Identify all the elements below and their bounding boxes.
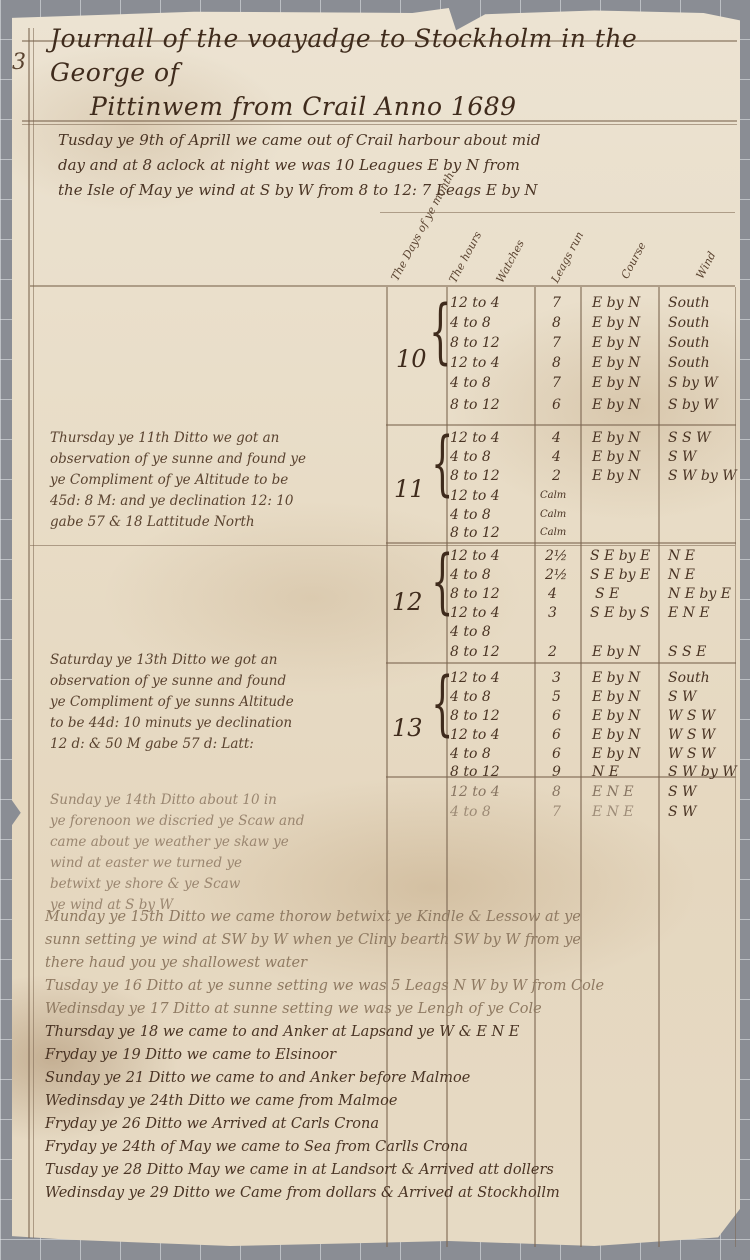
leags-cell: 7 [552,375,561,391]
hours-cell: 12 to 4 [450,548,500,564]
wind-cell: South [668,355,710,371]
course-cell: E by N [592,644,640,660]
log-line: Thursday ye 18 we came to and Anker at L… [45,1021,735,1044]
hours-cell: 8 to 12 [450,764,500,780]
note-line: ye Compliment of ye sunns Altitude [50,692,400,713]
note-line: Sunday ye 14th Ditto about 10 in [50,790,400,811]
wind-cell: S by W [668,397,718,413]
leags-cell: 8 [552,315,561,331]
leags-cell: 2 [552,468,561,484]
course-cell: S E by S [590,605,650,621]
hours-cell: 4 to 8 [450,624,491,640]
leags-cell: 4 [552,430,561,446]
title-line-2: Pittinwem from Crail Anno 1689 [50,90,730,124]
log-line: Tusday ye 28 Ditto May we came in at Lan… [45,1159,735,1182]
note-line: 45d: 8 M: and ye declination 12: 10 [50,491,400,512]
hours-cell: 4 to 8 [450,449,491,465]
course-cell: E by N [592,397,640,413]
course-cell: E by N [592,295,640,311]
margin-rule-left [28,28,30,1238]
title-rule-2 [22,124,737,125]
hours-cell: 12 to 4 [450,727,500,743]
log-line: Tusday ye 16 Ditto at ye sunne setting w… [45,975,735,998]
wind-cell: South [668,295,710,311]
log-line: sunn setting ye wind at SW by W when ye … [45,929,735,952]
log-line: Wedinsday ye 24th Ditto we came from Mal… [45,1090,735,1113]
wind-cell: South [668,315,710,331]
leags-cell: 9 [552,764,561,780]
hours-cell: 8 to 12 [450,708,500,724]
day-rule-12b [30,545,735,546]
leags-cell: 6 [552,746,561,762]
leags-cell: 2 [548,644,557,660]
hours-cell: 8 to 12 [450,397,500,413]
hours-cell: 8 to 12 [450,335,500,351]
log-line: Munday ye 15th Ditto we came thorow betw… [45,906,735,929]
course-cell: S E by E [590,548,650,564]
course-cell: E by N [592,689,640,705]
course-cell: E by N [592,449,640,465]
course-cell: E by N [592,355,640,371]
leags-cell: 3 [552,670,561,686]
leags-cell: Calm [540,527,566,538]
leags-cell: 5 [552,689,561,705]
leags-cell: Calm [540,490,566,501]
course-cell: E by N [592,335,640,351]
note-line: 12 d: & 50 M gabe 57 d: Latt: [50,734,400,755]
hours-cell: 8 to 12 [450,525,500,541]
note-line: Thursday ye 11th Ditto we got an [50,428,400,449]
brace: { [429,296,451,366]
note-line: ye Compliment of ye Altitude to be [50,470,400,491]
watch-row: 12 to 4 [450,295,500,311]
wind-cell: S W [668,689,696,705]
intro-entry: Tusday ye 9th of Aprill we came out of C… [58,128,728,203]
wind-cell: S W by W [668,764,737,780]
intro-line: the Isle of May ye wind at S by W from 8… [58,178,728,203]
hours-cell: 8 to 12 [450,586,500,602]
wind-cell: S S E [668,644,706,660]
leags-cell: 8 [552,355,561,371]
intro-line: Tusday ye 9th of Aprill we came out of C… [58,128,728,153]
course-cell: E by N [592,375,640,391]
title-line-1: Journall of the voayadge to Stockholm in… [50,22,730,90]
leags-cell: 3 [548,605,557,621]
wind-cell: S W [668,804,696,820]
wind-cell: S W [668,449,696,465]
wind-cell: E N E [668,605,710,621]
log-line: Fryday ye 19 Ditto we came to Elsinoor [45,1044,735,1067]
hours-cell: 4 to 8 [450,507,491,523]
wind-cell: S W [668,784,696,800]
course-cell: E by N [592,708,640,724]
leags-cell: 4 [548,586,557,602]
page-number: 3 [12,50,26,75]
journal-title: Journall of the voayadge to Stockholm in… [50,22,730,124]
wind-cell: South [668,670,710,686]
note-line: betwixt ye shore & ye Scaw [50,874,400,895]
hours-cell: 12 to 4 [450,355,500,371]
leags-cell: 7 [552,335,561,351]
hours-cell: 12 to 4 [450,605,500,621]
note-line: wind at easter we turned ye [50,853,400,874]
log-line: Fryday ye 26 Ditto we Arrived at Carls C… [45,1113,735,1136]
wind-cell: S by W [668,375,718,391]
course-cell: E by N [592,430,640,446]
intro-line: day and at 8 aclock at night we was 10 L… [58,153,728,178]
day-number: 10 [396,345,427,373]
course-cell: E N E [592,804,634,820]
course-cell: E by N [592,315,640,331]
wind-cell: W S W [668,727,715,743]
hours-cell: 4 to 8 [450,567,491,583]
wind-cell: S S W [668,430,710,446]
note-saturday: Saturday ye 13th Ditto we got an observa… [50,650,400,755]
course-cell: S E [595,586,619,602]
course-cell: E by N [592,746,640,762]
hours-cell: 12 to 4 [450,784,500,800]
log-line: Wedinsday ye 29 Ditto we Came from dolla… [45,1182,735,1205]
log-line: Sunday ye 21 Ditto we came to and Anker … [45,1067,735,1090]
note-line: came about ye weather ye skaw ye [50,832,400,853]
wind-cell: N E [668,567,695,583]
leags-cell: 6 [552,397,561,413]
course-cell: E N E [592,784,634,800]
note-line: observation of ye sunne and found ye [50,449,400,470]
wind-cell: South [668,335,710,351]
leags-cell: 8 [552,784,561,800]
course-cell: N E [592,764,619,780]
hours-cell: 8 to 12 [450,644,500,660]
course-cell: E by N [592,727,640,743]
note-line: gabe 57 & 18 Lattitude North [50,512,400,533]
note-line: ye forenoon we discried ye Scaw and [50,811,400,832]
hours-cell: 12 to 4 [450,488,500,504]
wind-cell: N E by E [668,586,731,602]
wind-cell: S W by W [668,468,737,484]
note-line: to be 44d: 10 minuts ye declination [50,713,400,734]
hours-cell: 8 to 12 [450,468,500,484]
note-line: observation of ye sunne and found [50,671,400,692]
leags-cell: Calm [540,509,566,520]
leags-cell: 2½ [545,548,567,564]
note-thursday: Thursday ye 11th Ditto we got an observa… [50,428,400,533]
hours-cell: 4 to 8 [450,804,491,820]
leags-cell: 6 [552,727,561,743]
wind-cell: W S W [668,708,715,724]
hours-cell: 12 to 4 [450,430,500,446]
course-cell: E by N [592,468,640,484]
leags-cell: 7 [552,804,561,820]
margin-rule-left-inner [33,28,34,1238]
leags-cell: 6 [552,708,561,724]
hours-cell: 4 to 8 [450,746,491,762]
header-rule [30,285,735,287]
note-line: Saturday ye 13th Ditto we got an [50,650,400,671]
leags-cell: 2½ [545,567,567,583]
log-line: Fryday ye 24th of May we came to Sea fro… [45,1136,735,1159]
wind-cell: W S W [668,746,715,762]
day-number: 12 [392,588,423,616]
leags-cell: 4 [552,449,561,465]
course-cell: S E by E [590,567,650,583]
voyage-log: Munday ye 15th Ditto we came thorow betw… [45,906,735,1205]
wind-cell: N E [668,548,695,564]
hours-cell: 4 to 8 [450,375,491,391]
note-sunday: Sunday ye 14th Ditto about 10 in ye fore… [50,790,400,916]
hours-cell: 12 to 4 [450,670,500,686]
log-line: Wedinsday ye 17 Ditto at sunne setting w… [45,998,735,1021]
hours-cell: 4 to 8 [450,689,491,705]
log-line: there haud you ye shallowest water [45,952,735,975]
course-cell: E by N [592,670,640,686]
hours-cell: 4 to 8 [450,315,491,331]
leags-cell: 7 [552,295,561,311]
